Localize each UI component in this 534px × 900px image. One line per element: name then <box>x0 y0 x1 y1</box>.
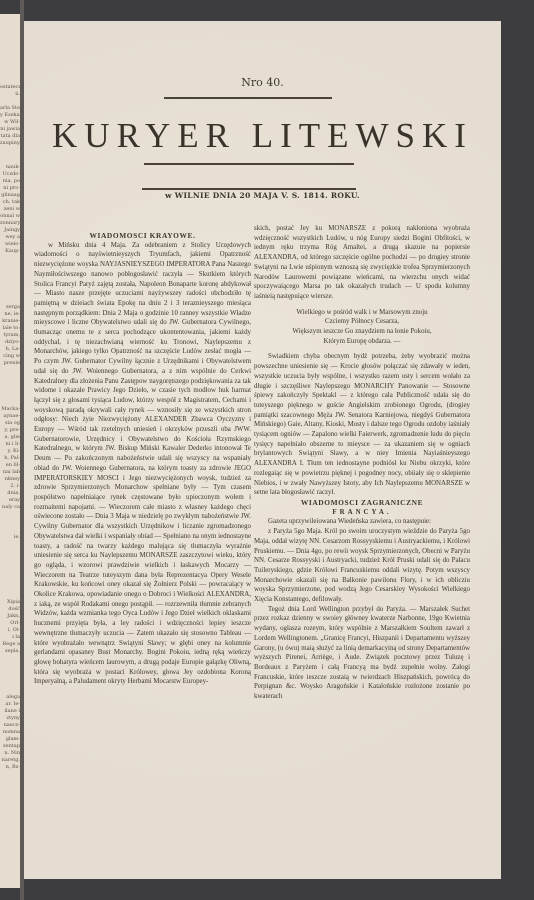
poem: Wielkiego w pośród walk i w Marsowym zno… <box>254 308 470 347</box>
adjacent-text-fragment: tata dla <box>0 133 20 140</box>
adjacent-text-fragment: wielo- <box>0 241 20 248</box>
article-minsk: w Mińsku dnia 4 Maja. Za odebraniem z St… <box>34 241 251 687</box>
adjacent-text-fragment: Jakn, <box>0 613 20 620</box>
adjacent-text-fragment: prenie <box>0 360 20 367</box>
adjacent-text-fragment: naly ca <box>0 504 20 511</box>
column-right: skich, postać Jey ku MONARSZE z pokorą n… <box>254 224 470 702</box>
article-continuation: skich, postać Jey ku MONARSZE z pokorą n… <box>254 224 470 302</box>
poem-line: Czciemy Północy Cesarza, <box>254 317 470 327</box>
adjacent-text-fragment: n. Nin <box>0 750 20 757</box>
adjacent-text-fragment: a, glie <box>0 434 20 441</box>
adjacent-text-fragment: zerga <box>0 304 20 311</box>
adjacent-text-fragment: ztyny <box>0 715 20 722</box>
adjacent-text-fragment: arla Ste- <box>0 105 20 112</box>
adjacent-text-fragment: Uczdo- <box>0 171 20 178</box>
adjacent-text-fragment: Orl- <box>0 620 20 627</box>
adjacent-text-fragment: zaupiny. <box>0 140 20 147</box>
adjacent-text-fragment: n, Bz- <box>0 764 20 771</box>
newspaper-page: Nro 40. KURYER LITEWSKI w WILNIE DNIA 20… <box>24 21 501 879</box>
adjacent-text-fragment: dziyo- <box>0 339 20 346</box>
adjacent-text-fragment: ch, tak <box>0 199 20 206</box>
adjacent-page-edge: ostatecz-ii.arla Ste-y Ezeka-w Wil-ni ja… <box>0 14 22 888</box>
adjacent-text-fragment: y, Ki- <box>0 448 20 455</box>
rule-bottom <box>142 188 356 190</box>
article-wellington: Tegoż dnia Lord Wellington przybył do Pa… <box>254 605 470 702</box>
adjacent-text-fragment: ni jawia <box>0 126 20 133</box>
adjacent-text-fragment: Jaingy <box>0 227 20 234</box>
subheading-france: FRANCYA. <box>254 508 470 518</box>
adjacent-text-fragment: i, Ol- <box>0 627 20 634</box>
adjacent-text-fragment: h, La- <box>0 346 20 353</box>
article-celebration: Swiadkiem chyba obecnym bydź potrzeba, ż… <box>254 352 470 498</box>
adjacent-text-fragment: dnia, <box>0 490 20 497</box>
poem-line: Wielkiego w pośród walk i w Marsowym zno… <box>254 308 470 318</box>
adjacent-text-fragment: kranie- <box>0 318 20 325</box>
adjacent-text-fragment: zeni w <box>0 206 20 213</box>
section-heading-foreign: WIADOMOSCI ZAGRANICZNE <box>254 498 470 508</box>
rule-mid <box>144 163 354 165</box>
column-left: WIADOMOSCI KRAYOWE. w Mińsku dnia 4 Maja… <box>34 231 251 687</box>
adjacent-text-fragment: wey a <box>0 234 20 241</box>
adjacent-text-fragment: nomna <box>0 729 20 736</box>
poem-line: Którym Europę obdarza. — <box>254 337 470 347</box>
adjacent-text-fragment: h, Pal- <box>0 455 20 462</box>
adjacent-text-fragment: ni pro- <box>0 185 20 192</box>
adjacent-text-fragment: ilane i <box>0 708 20 715</box>
rule-top <box>164 97 332 99</box>
adjacent-text-fragment: ar. Ie- <box>0 701 20 708</box>
adjacent-text-fragment: naretg, <box>0 757 20 764</box>
adjacent-text-fragment: glinaag <box>0 192 20 199</box>
adjacent-text-fragment: sia og <box>0 420 20 427</box>
adjacent-text-fragment: w Wil- <box>0 119 20 126</box>
adjacent-text-fragment: alega <box>0 694 20 701</box>
adjacent-text-fragment: eray <box>0 497 20 504</box>
adjacent-text-fragment: tyram, <box>0 332 20 339</box>
dateline: w WILNIE DNIA 20 MAJA V. S. 1814. ROKU. <box>24 191 501 200</box>
adjacent-text-fragment: dość <box>0 606 20 613</box>
adjacent-text-fragment: ne, ie- <box>0 311 20 318</box>
adjacent-text-fragment: Rege a <box>0 641 20 648</box>
adjacent-text-fragment: Kaup- <box>0 248 20 255</box>
adjacent-text-fragment: i la <box>0 634 20 641</box>
adjacent-text-fragment: aynae- <box>0 413 20 420</box>
article-paris: z Paryża 5go Maja. Król po swoim uroczys… <box>254 527 470 605</box>
newspaper-title: KURYER LITEWSKI <box>24 116 501 156</box>
adjacent-text-fragment: zonnary <box>0 220 20 227</box>
adjacent-text-fragment: ie. <box>0 534 20 541</box>
section-heading-domestic: WIADOMOSCI KRAYOWE. <box>34 231 251 241</box>
adjacent-text-fragment: nia, po <box>0 178 20 185</box>
adjacent-text-fragment: Macka- <box>0 406 20 413</box>
adjacent-text-fragment: y, pre- <box>0 427 20 434</box>
adjacent-text-fragment: zentap <box>0 743 20 750</box>
adjacent-text-fragment: nai lab <box>0 469 20 476</box>
adjacent-text-fragment: nauk- <box>0 164 20 171</box>
adjacent-text-fragment: ni i li- <box>0 441 20 448</box>
adjacent-text-fragment: onnal w <box>0 213 20 220</box>
adjacent-text-fragment: ostatecz- <box>0 84 20 91</box>
adjacent-text-fragment: nkney <box>0 476 20 483</box>
adjacent-text-fragment: zepla, <box>0 648 20 655</box>
adjacent-text-fragment: lale to: <box>0 325 20 332</box>
adjacent-text-fragment: ii. <box>0 91 20 98</box>
article-intro: Gazeta uprzywileiowana Wiedeńska zawiera… <box>254 517 470 527</box>
poem-line: Większym ieszcze Go znaydziem na łonie P… <box>254 327 470 337</box>
adjacent-text-fragment: glam- <box>0 736 20 743</box>
adjacent-text-fragment: cing w <box>0 353 20 360</box>
adjacent-text-fragment: y Ezeka- <box>0 112 20 119</box>
adjacent-text-fragment: 2. i- <box>0 483 20 490</box>
adjacent-text-fragment: Xipia <box>0 599 20 606</box>
issue-number: Nro 40. <box>24 76 501 89</box>
adjacent-text-fragment: en lil- <box>0 462 20 469</box>
adjacent-text-fragment: naecz- <box>0 722 20 729</box>
